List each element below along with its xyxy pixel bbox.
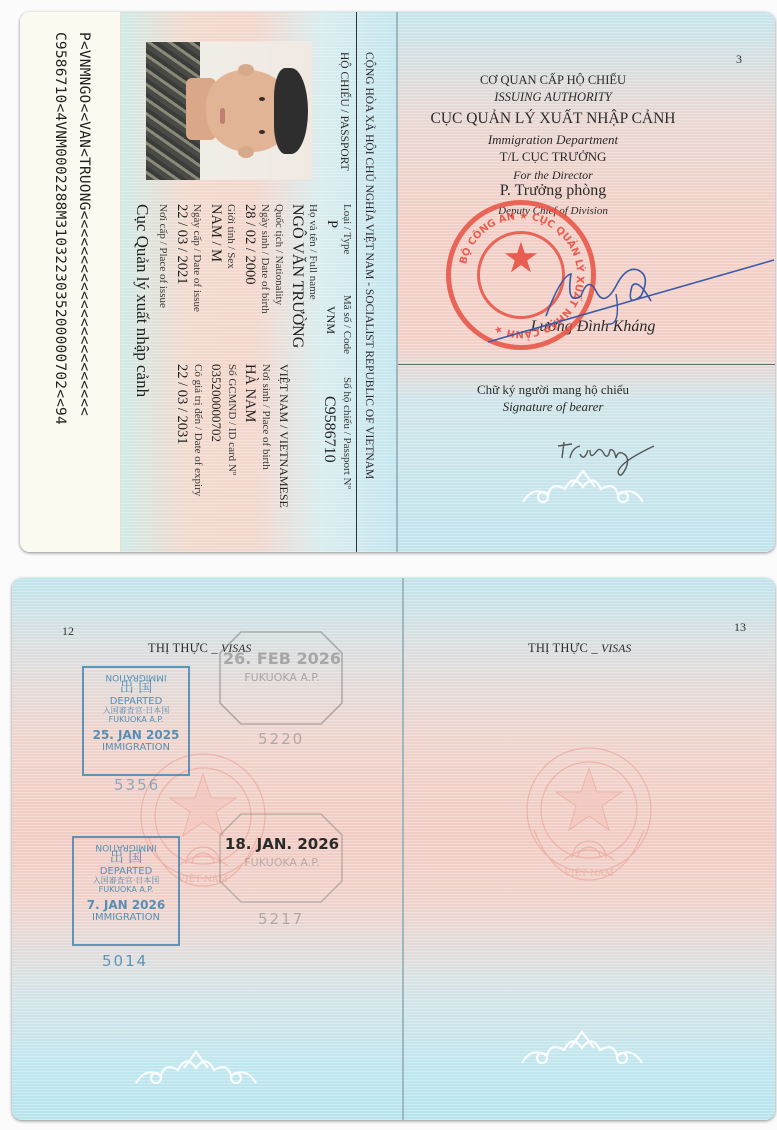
nationality-value: VIỆT NAM / VIETNAMESE bbox=[276, 364, 291, 508]
department-en: Immigration Department bbox=[398, 132, 708, 148]
for-director-en: For the Director bbox=[398, 168, 708, 183]
director-signature bbox=[476, 246, 775, 346]
visa-spread: 12 THỊ THỰC _ VISAS VIỆT NAM IMMIGRATION… bbox=[12, 578, 775, 1120]
dob-value: 28 / 02 / 2000 bbox=[241, 204, 258, 285]
mrz-line-2: C9586710<4VNM0002288M3103223035200000702… bbox=[52, 32, 68, 425]
cloud-ornament-icon bbox=[512, 1028, 652, 1068]
passport-no-value: C9586710 bbox=[320, 396, 338, 463]
cloud-ornament-icon bbox=[126, 1048, 266, 1088]
full-name-value: NGÔ VĂN TRƯỜNG bbox=[288, 204, 306, 348]
national-emblem-icon: VIỆT NAM bbox=[514, 740, 664, 890]
arrival-stamp: 26. FEB 2026 FUKUOKA A.P. bbox=[222, 650, 342, 684]
id-card-label: Số GCMND / ID card Nº bbox=[226, 364, 238, 475]
issuing-authority-en: ISSUING AUTHORITY bbox=[398, 90, 708, 105]
visa-page-left: 12 THỊ THỰC _ VISAS VIỆT NAM IMMIGRATION… bbox=[12, 578, 402, 1120]
svg-text:VIỆT NAM: VIỆT NAM bbox=[563, 867, 613, 879]
expiry-value: 22 / 03 / 2031 bbox=[173, 364, 190, 445]
arrival-stamp: 18. JAN. 2026 FUKUOKA A.P. bbox=[222, 836, 342, 869]
id-card-value: 035200000702 bbox=[208, 364, 224, 442]
document-title: HỘ CHIẾU / PASSPORT bbox=[338, 52, 350, 171]
bearer-signature-label-en: Signature of bearer bbox=[398, 399, 708, 415]
bearer-signature bbox=[558, 432, 668, 492]
stamp-number: 5217 bbox=[258, 910, 304, 928]
type-label: Loại / Type bbox=[341, 204, 353, 254]
mrz-line-1: P<VNMNGO<<VAN<TRUONG<<<<<<<<<<<<<<<<<<<<… bbox=[76, 32, 92, 416]
dob-label: Ngày sinh / Date of birth bbox=[259, 204, 271, 314]
issuing-authority-vi: CƠ QUAN CẤP HỘ CHIẾU bbox=[398, 73, 708, 88]
stamp-number: 5220 bbox=[258, 730, 304, 748]
page-number: 3 bbox=[736, 52, 742, 67]
nationality-label: Quốc tịch / Nationality bbox=[273, 204, 285, 305]
issue-date-label: Ngày cấp / Date of issue bbox=[191, 204, 203, 312]
header-divider bbox=[356, 12, 357, 552]
stamp-number: 5356 bbox=[114, 776, 160, 794]
for-director-vi: T/L CỤC TRƯỞNG bbox=[398, 149, 708, 165]
expiry-label: Có giá trị đến / Date of expiry bbox=[192, 364, 204, 496]
page-spine bbox=[396, 12, 398, 552]
country-header: CỘNG HÒA XÃ HỘI CHỦ NGHĨA VIỆT NAM - SOC… bbox=[363, 52, 375, 479]
sex-value: NAM / M bbox=[207, 204, 224, 262]
holder-photo bbox=[146, 42, 312, 180]
place-of-issue-label: Nơi cấp / Place of issue bbox=[157, 204, 169, 308]
departure-stamp: IMMIGRATION 出 国 DEPARTED 入国審査官·日本国 FUKUO… bbox=[72, 836, 180, 946]
visa-page-right: 13 THỊ THỰC _ VISAS VIỆT NAM bbox=[404, 578, 775, 1120]
department-vi: CỤC QUẢN LÝ XUẤT NHẬP CẢNH bbox=[398, 110, 708, 128]
mrz-zone: P<VNMNGO<<VAN<TRUONG<<<<<<<<<<<<<<<<<<<<… bbox=[20, 12, 121, 552]
page-number: 12 bbox=[62, 624, 74, 639]
code-value: VNM bbox=[323, 306, 338, 334]
passport-data-spread: P<VNMNGO<<VAN<TRUONG<<<<<<<<<<<<<<<<<<<<… bbox=[20, 12, 775, 552]
sex-label: Giới tính / Sex bbox=[225, 204, 237, 269]
page-number: 13 bbox=[734, 620, 746, 635]
stamp-number: 5014 bbox=[102, 952, 148, 970]
place-of-issue-value: Cục Quản lý xuất nhập cảnh bbox=[132, 204, 152, 397]
departure-stamp: IMMIGRATION 出 国 DEPARTED 入国審査官·日本国 FUKUO… bbox=[82, 666, 190, 776]
pob-value: HÀ NAM bbox=[241, 364, 258, 422]
passport-data-page: P<VNMNGO<<VAN<TRUONG<<<<<<<<<<<<<<<<<<<<… bbox=[20, 12, 396, 552]
page-spine bbox=[402, 578, 404, 1120]
issue-date-value: 22 / 03 / 2021 bbox=[173, 204, 190, 285]
position-vi: P. Trưởng phòng bbox=[398, 182, 708, 200]
section-divider bbox=[398, 364, 775, 365]
passport-no-label: Số hộ chiếu / Passport Nº bbox=[341, 377, 353, 489]
visa-page-title: THỊ THỰC _ VISAS bbox=[528, 641, 632, 656]
pob-label: Nơi sinh / Place of birth bbox=[260, 364, 272, 470]
type-value: P bbox=[323, 220, 340, 228]
bearer-signature-label-vi: Chữ ký người mang hộ chiếu bbox=[398, 382, 708, 398]
code-label: Mã số / Code bbox=[341, 295, 353, 354]
full-name-label: Họ và tên / Full name bbox=[307, 204, 319, 300]
